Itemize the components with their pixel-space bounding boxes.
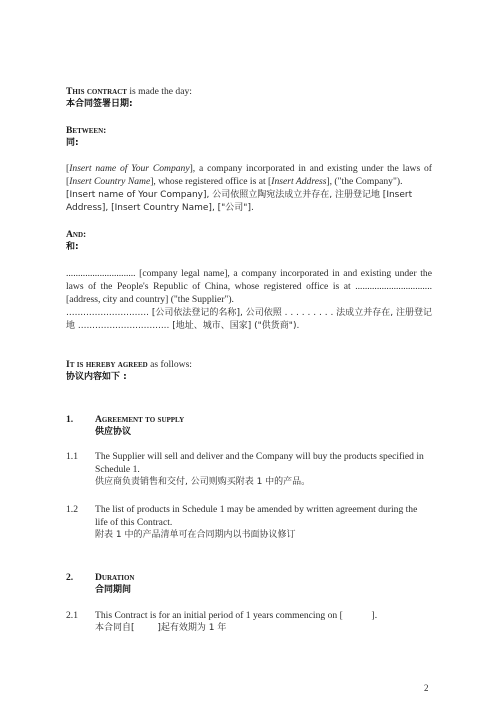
page-number: 2	[424, 682, 429, 695]
clause-text: This Contract is for an initial period o…	[95, 609, 432, 622]
clause-text-cn: 供应商负责销售和交付, 公司则购买附表 1 中的产品。	[95, 476, 432, 489]
party2-paragraph: ............................. [company l…	[66, 267, 432, 306]
section-number: 2.	[66, 571, 73, 584]
clause-body: The list of products in Schedule 1 may b…	[95, 503, 432, 542]
party1-paragraph-cn: [Insert name of Your Company], 公司依照立陶宛法成…	[66, 189, 432, 215]
section-title-cn: 合同期间	[95, 584, 432, 597]
between-label-cn: 同:	[66, 137, 432, 150]
clause-body: This Contract is for an initial period o…	[95, 609, 432, 635]
clause-body: The Supplier will sell and deliver and t…	[95, 450, 432, 489]
agreed-heading-cn: 协议内容如下 :	[66, 371, 432, 384]
and-label: And:	[66, 228, 432, 241]
section-title-block: Duration 合同期间	[95, 571, 432, 597]
between-block: Between: 同:	[66, 124, 432, 150]
clause-number: 2.1	[66, 609, 78, 622]
agreed-block: It is hereby agreed as follows: 协议内容如下 :	[66, 358, 432, 384]
section-title: Duration	[95, 571, 432, 584]
clause-text: The Supplier will sell and deliver and t…	[95, 450, 432, 476]
address-placeholder: Insert Address	[271, 176, 326, 187]
section-title: Agreement to supply	[95, 413, 432, 426]
intro-heading: This contract is made the day:	[66, 85, 432, 98]
between-label: Between:	[66, 124, 432, 137]
clause-number: 1.1	[66, 450, 78, 463]
intro-block: This contract is made the day: 本合同签署日期:	[66, 85, 432, 111]
section-title-cn: 供应协议	[95, 426, 432, 439]
and-label-cn: 和:	[66, 241, 432, 254]
clause-text-cn: 本合同自[ ]起有效期为 1 年	[95, 622, 432, 635]
party2-paragraph-cn: ............................. [公司依法登记的名称…	[66, 307, 432, 333]
clause-text: The list of products in Schedule 1 may b…	[95, 503, 432, 529]
party1-paragraph: [Insert name of Your Company], a company…	[66, 162, 432, 188]
clause-number: 1.2	[66, 503, 78, 516]
agreed-heading: It is hereby agreed as follows:	[66, 358, 432, 371]
intro-heading-cn: 本合同签署日期:	[66, 98, 432, 111]
company-name-placeholder: Insert name of Your Company	[69, 163, 189, 174]
country-placeholder: Insert Country Name	[69, 176, 150, 187]
and-block: And: 和:	[66, 228, 432, 254]
section-number: 1.	[66, 413, 73, 426]
clause-text-cn: 附表 1 中的产品清单可在合同期内以书面协议修订	[95, 529, 432, 542]
section-title-block: Agreement to supply 供应协议	[95, 413, 432, 439]
